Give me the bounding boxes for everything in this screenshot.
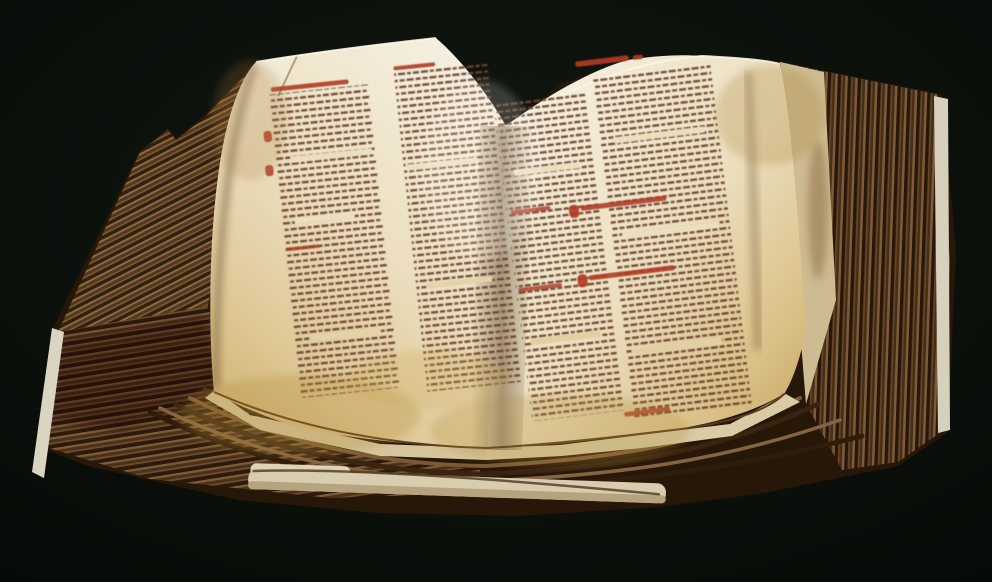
- manuscript-photo: [0, 0, 992, 582]
- manuscript-photo-canvas: [0, 0, 992, 582]
- under-leaf-stain: [808, 140, 828, 280]
